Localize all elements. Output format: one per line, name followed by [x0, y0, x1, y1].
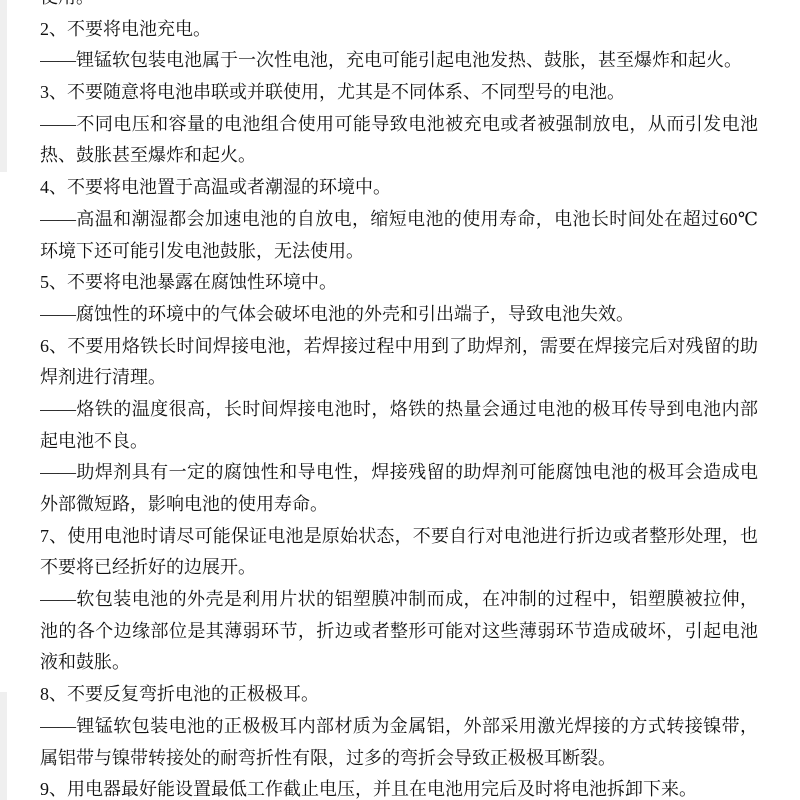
text-line-item-6-cont: 焊剂进行清理。: [40, 362, 758, 394]
text-line-item-7-note: ——软包装电池的外壳是利用片状的铝塑膜冲制而成，在冲制的过程中，铝塑膜被拉伸，电: [40, 584, 758, 616]
text-line-item-4: 4、不要将电池置于高温或者潮湿的环境中。: [40, 172, 758, 204]
text-line-item-4-note: ——高温和潮湿都会加速电池的自放电，缩短电池的使用寿命，电池长时间处在超过60℃…: [40, 204, 758, 236]
text-line-item-6-note2: ——助焊剂具有一定的腐蚀性和导电性，焊接残留的助焊剂可能腐蚀电池的极耳会造成电池: [40, 457, 758, 489]
text-line-item-7-cont: 不要将已经折好的边展开。: [40, 552, 758, 584]
text-line-item-8-note-cont: 属铝带与镍带转接处的耐弯折性有限，过多的弯折会导致正极极耳断裂。: [40, 743, 758, 775]
text-line-item-5: 5、不要将电池暴露在腐蚀性环境中。: [40, 267, 758, 299]
text-line-item-6-note1-cont: 起电池不良。: [40, 426, 758, 458]
page-edge-strip-bottom: [0, 692, 7, 800]
document-text-column: 使用。 2、不要将电池充电。 ——锂锰软包装电池属于一次性电池，充电可能引起电池…: [40, 0, 758, 800]
text-line-item-7-note-cont2: 液和鼓胀。: [40, 647, 758, 679]
text-line-item-8: 8、不要反复弯折电池的正极极耳。: [40, 679, 758, 711]
text-line-partial-top: 使用。: [40, 0, 758, 14]
text-line-item-2-note: ——锂锰软包装电池属于一次性电池，充电可能引起电池发热、鼓胀，甚至爆炸和起火。: [40, 45, 758, 77]
text-line-item-7-note-cont1: 池的各个边缘部位是其薄弱环节，折边或者整形可能对这些薄弱环节造成破坏，引起电池漏: [40, 616, 758, 648]
text-line-item-7: 7、使用电池时请尽可能保证电池是原始状态，不要自行对电池进行折边或者整形处理，也: [40, 521, 758, 553]
document-page: 使用。 2、不要将电池充电。 ——锂锰软包装电池属于一次性电池，充电可能引起电池…: [0, 0, 800, 800]
text-line-item-5-note: ——腐蚀性的环境中的气体会破坏电池的外壳和引出端子，导致电池失效。: [40, 299, 758, 331]
text-line-item-3-note: ——不同电压和容量的电池组合使用可能导致电池被充电或者被强制放电，从而引发电池发: [40, 109, 758, 141]
text-line-item-3-note-cont: 热、鼓胀甚至爆炸和起火。: [40, 140, 758, 172]
page-edge-strip-top: [0, 0, 7, 172]
text-line-item-4-note-cont: 环境下还可能引发电池鼓胀，无法使用。: [40, 236, 758, 268]
text-line-item-2: 2、不要将电池充电。: [40, 14, 758, 46]
text-line-item-6-note2-cont: 外部微短路，影响电池的使用寿命。: [40, 489, 758, 521]
text-line-item-8-note: ——锂锰软包装电池的正极极耳内部材质为金属铝，外部采用激光焊接的方式转接镍带，金: [40, 711, 758, 743]
text-line-item-3: 3、不要随意将电池串联或并联使用，尤其是不同体系、不同型号的电池。: [40, 77, 758, 109]
text-line-item-6-note1: ——烙铁的温度很高，长时间焊接电池时，烙铁的热量会通过电池的极耳传导到电池内部引: [40, 394, 758, 426]
text-line-item-9-partial-bottom: 9、用电器最好能设置最低工作截止电压，并且在电池用完后及时将电池拆卸下来。: [40, 774, 758, 800]
text-line-item-6: 6、不要用烙铁长时间焊接电池，若焊接过程中用到了助焊剂，需要在焊接完后对残留的助: [40, 331, 758, 363]
